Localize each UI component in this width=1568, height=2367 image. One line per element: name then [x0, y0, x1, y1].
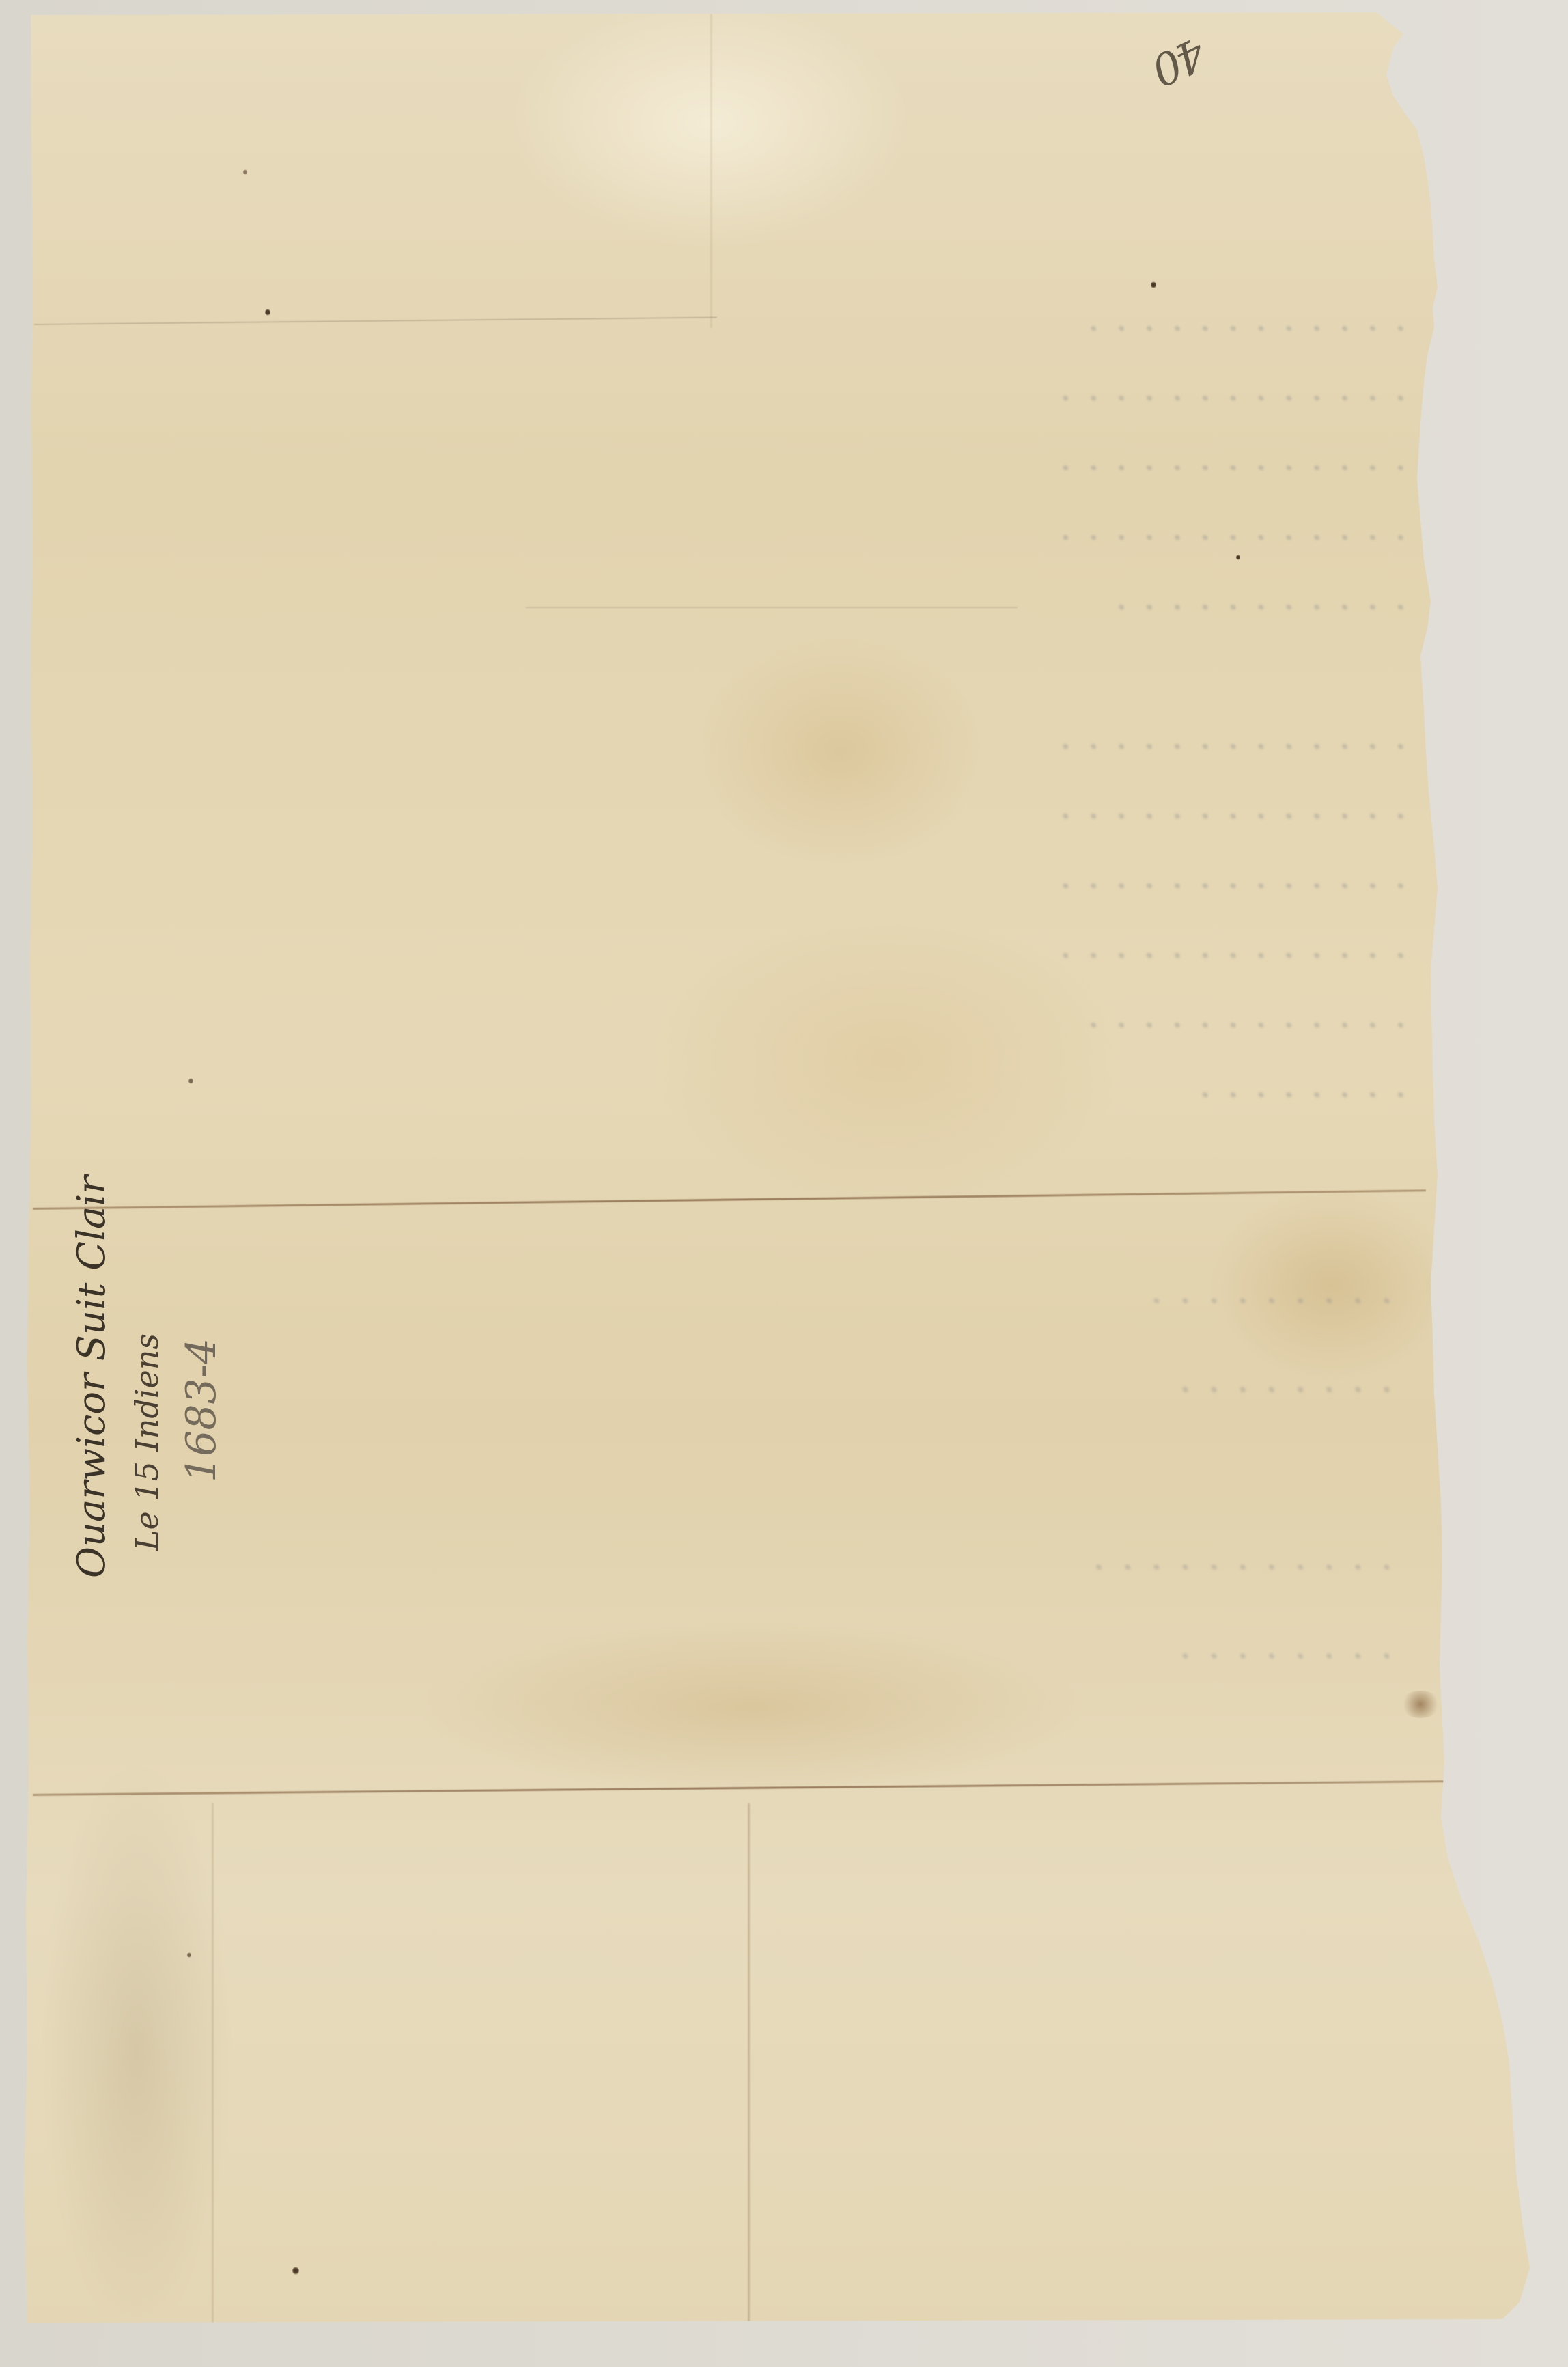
fold-crease-vertical-left	[212, 1803, 214, 2323]
fold-crease-middle	[33, 1189, 1426, 1210]
pin-hole	[265, 309, 270, 316]
fold-crease-top	[34, 317, 717, 325]
folio-number: 40	[1146, 27, 1213, 94]
pin-hole	[1151, 281, 1156, 288]
pin-hole	[187, 1952, 191, 1958]
bleed-through-text-lower: · · · · · · · · · · · · · · · · · · · · …	[437, 1257, 1393, 1701]
edge-stain	[1400, 1691, 1441, 1718]
fold-crease-upper-mid	[526, 607, 1018, 608]
fold-crease-vertical-center	[748, 1803, 750, 2323]
fold-crease-vertical-upper	[710, 14, 712, 328]
manuscript-sheet: · · · · · · · · · · · · · · · · · · · · …	[0, 0, 1568, 2367]
docket-line-year: 1683-4	[178, 1338, 225, 1482]
pin-hole	[188, 1078, 193, 1084]
docket-line-date: Le 15 Indiens	[128, 1333, 165, 1551]
docket-line-title: Ouarwicor Suit Clair	[70, 1176, 114, 1578]
pin-hole	[1236, 555, 1240, 560]
pin-hole	[243, 169, 247, 175]
bleed-through-text-upper: · · · · · · · · · · · · · · · · · · · · …	[287, 294, 1407, 1130]
fold-crease-lower	[33, 1780, 1453, 1796]
pin-hole	[292, 2267, 299, 2275]
docket-annotation: Ouarwicor Suit Clair Le 15 Indiens 1683-…	[41, 1257, 328, 1667]
